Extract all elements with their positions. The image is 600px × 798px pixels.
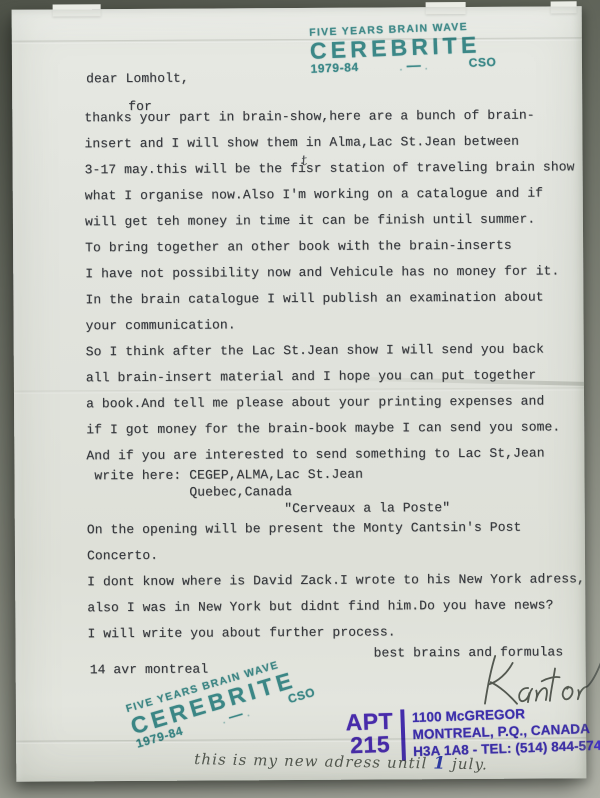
typed-line: thanks your part in brain-show,here are … bbox=[84, 102, 574, 131]
typed-line: I have not possibility now and Vehicule … bbox=[85, 258, 575, 287]
typed-line: I will write you about further process. bbox=[87, 618, 585, 647]
letter-dateline: 14 avr montreal bbox=[90, 662, 209, 678]
letter-paper: FIVE YEARS BRAIN WAVE CEREBRITE 1979-84 … bbox=[12, 6, 587, 781]
handwritten-signature: Kantor bbox=[466, 645, 600, 719]
photo-background: FIVE YEARS BRAIN WAVE CEREBRITE 1979-84 … bbox=[0, 0, 600, 798]
stamp-year: 1979-84 bbox=[310, 60, 359, 76]
typed-line: So I think after the Lac St.Jean show I … bbox=[86, 336, 576, 365]
typed-line: what I organise now.Also I'm working on … bbox=[85, 180, 575, 209]
paper-fold-tab bbox=[53, 4, 101, 16]
typed-line: insert and I will show them in Alma,Lac … bbox=[84, 128, 574, 157]
typed-line: also I was in New York but didnt find hi… bbox=[87, 592, 585, 621]
stamp-org: CSO bbox=[468, 55, 496, 70]
paper-fold-tab bbox=[551, 1, 577, 13]
stamp-dot: . bbox=[245, 708, 251, 720]
typed-line: In the brain catalogue I will publish an… bbox=[85, 284, 575, 313]
typed-line: To bring together an other book with the… bbox=[85, 232, 575, 261]
typed-line: write here: CEGEP,ALMA,Lac St.Jean bbox=[86, 465, 450, 484]
typed-line: Concerto. bbox=[87, 540, 585, 569]
letter-body-paragraph-1: thanks your part in brain-show,here are … bbox=[84, 102, 576, 469]
typed-line: 3-17 may.this will be the fisr station o… bbox=[85, 154, 575, 183]
typed-line: a book.And tell me please about your pri… bbox=[86, 388, 576, 417]
letter-greeting: dear Lomholt, bbox=[86, 71, 189, 87]
letter-body-paragraph-2: On the opening will be present the Monty… bbox=[87, 514, 586, 647]
paper-fold-tab bbox=[426, 2, 466, 14]
letter-mailing-address-block: write here: CEGEP,ALMA,Lac St.Jean Quebe… bbox=[86, 465, 450, 518]
typed-line: your communication. bbox=[86, 310, 576, 339]
note-date-digit: 1 bbox=[433, 753, 446, 773]
stamp-dot: . bbox=[425, 61, 429, 72]
typed-line: will get teh money in time it can be fin… bbox=[85, 206, 575, 235]
stamp-dot: . bbox=[221, 715, 227, 727]
stamp-dot: . bbox=[399, 62, 403, 73]
typed-line: I dont know where is David Zack.I wrote … bbox=[87, 566, 585, 595]
typed-line: if I got money for the brain-book maybe … bbox=[86, 414, 576, 443]
stamp-marks: . — . bbox=[399, 56, 428, 73]
handwritten-note: this is my new adress until 1 july. bbox=[194, 749, 488, 774]
cerebrite-stamp-top: FIVE YEARS BRAIN WAVE CEREBRITE 1979-84 … bbox=[309, 20, 497, 77]
note-text-end: july. bbox=[446, 755, 488, 774]
typed-line: all brain-insert material and I hope you… bbox=[86, 362, 576, 391]
typed-line: On the opening will be present the Monty… bbox=[87, 514, 585, 543]
stamp-dash: — bbox=[406, 57, 421, 74]
note-text-start: this is my new adress until bbox=[194, 750, 433, 772]
fold-crease bbox=[12, 37, 582, 43]
stamp-dash: — bbox=[226, 705, 244, 724]
signature-drawing bbox=[466, 645, 600, 719]
